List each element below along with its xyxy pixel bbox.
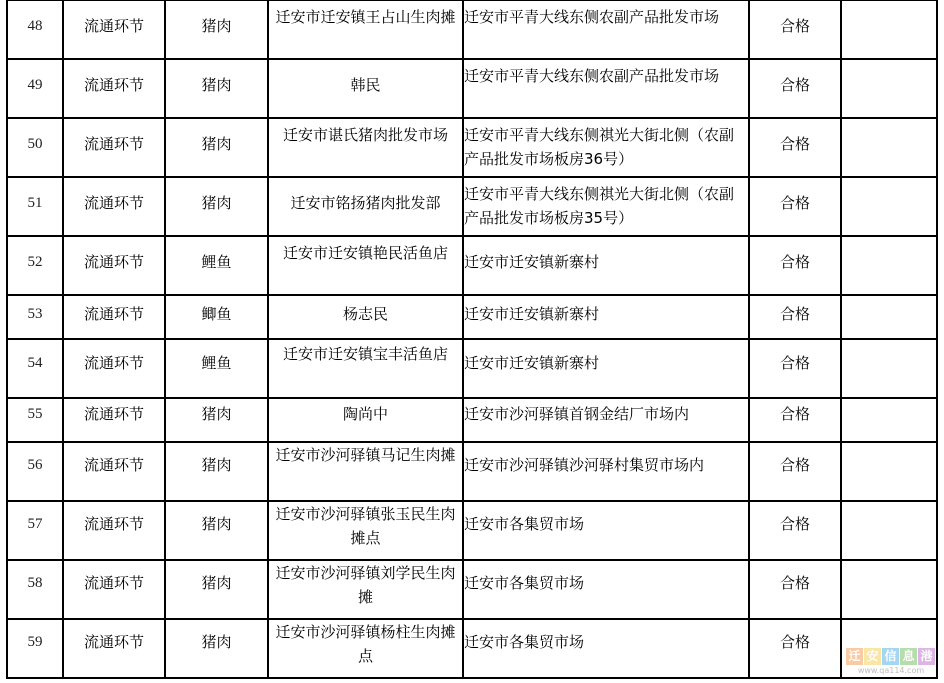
product-cell: 猪肉 <box>165 619 268 678</box>
address-cell: 迁安市各集贸市场 <box>463 619 749 678</box>
watermark-char: 信 <box>882 648 899 665</box>
result-cell: 合格 <box>749 295 841 339</box>
result-cell: 合格 <box>749 177 841 236</box>
stage-cell: 流通环节 <box>63 442 165 501</box>
product-cell: 猪肉 <box>165 118 268 177</box>
row-number-cell: 50 <box>7 118 63 177</box>
address-cell: 迁安市沙河驿镇首钢金结厂市场内 <box>463 398 749 442</box>
vendor-name-cell: 迁安市谌氏猪肉批发市场 <box>268 118 463 177</box>
table-row: 59 流通环节 猪肉 迁安市沙河驿镇杨柱生肉摊点 迁安市各集贸市场 合格 <box>7 619 937 678</box>
row-number-cell: 59 <box>7 619 63 678</box>
product-cell: 猪肉 <box>165 501 268 560</box>
note-cell <box>841 339 937 398</box>
row-number-cell: 54 <box>7 339 63 398</box>
row-number-cell: 53 <box>7 295 63 339</box>
result-cell: 合格 <box>749 560 841 619</box>
watermark-char: 港 <box>918 648 935 665</box>
note-cell <box>841 59 937 118</box>
row-number-cell: 55 <box>7 398 63 442</box>
note-cell <box>841 398 937 442</box>
vendor-name-cell: 迁安市迁安镇艳民活鱼店 <box>268 236 463 295</box>
note-cell <box>841 177 937 236</box>
row-number-cell: 57 <box>7 501 63 560</box>
vendor-name-cell: 迁安市沙河驿镇杨柱生肉摊点 <box>268 619 463 678</box>
result-cell: 合格 <box>749 501 841 560</box>
row-number-cell: 49 <box>7 59 63 118</box>
product-cell: 猪肉 <box>165 560 268 619</box>
stage-cell: 流通环节 <box>63 118 165 177</box>
result-cell: 合格 <box>749 442 841 501</box>
row-number-cell: 48 <box>7 0 63 59</box>
product-cell: 鲤鱼 <box>165 236 268 295</box>
result-cell: 合格 <box>749 398 841 442</box>
watermark-url: www.qa114.com <box>846 666 936 675</box>
stage-cell: 流通环节 <box>63 177 165 236</box>
address-cell: 迁安市各集贸市场 <box>463 560 749 619</box>
stage-cell: 流通环节 <box>63 59 165 118</box>
table-row: 48 流通环节 猪肉 迁安市迁安镇王占山生肉摊 迁安市平青大线东侧农副产品批发市… <box>7 0 937 59</box>
vendor-name-cell: 迁安市迁安镇宝丰活鱼店 <box>268 339 463 398</box>
stage-cell: 流通环节 <box>63 619 165 678</box>
row-number-cell: 52 <box>7 236 63 295</box>
inspection-results-table: 48 流通环节 猪肉 迁安市迁安镇王占山生肉摊 迁安市平青大线东侧农副产品批发市… <box>6 0 938 679</box>
watermark-char: 安 <box>864 648 881 665</box>
address-cell: 迁安市各集贸市场 <box>463 501 749 560</box>
note-cell <box>841 442 937 501</box>
stage-cell: 流通环节 <box>63 501 165 560</box>
vendor-name-cell: 迁安市迁安镇王占山生肉摊 <box>268 0 463 59</box>
vendor-name-cell: 韩民 <box>268 59 463 118</box>
address-cell: 迁安市平青大线东侧祺光大街北侧（农副产品批发市场板房35号） <box>463 177 749 236</box>
table-row: 49 流通环节 猪肉 韩民 迁安市平青大线东侧农副产品批发市场 合格 <box>7 59 937 118</box>
product-cell: 鲤鱼 <box>165 339 268 398</box>
vendor-name-cell: 杨志民 <box>268 295 463 339</box>
note-cell <box>841 501 937 560</box>
table-row: 51 流通环节 猪肉 迁安市铭扬猪肉批发部 迁安市平青大线东侧祺光大街北侧（农副… <box>7 177 937 236</box>
note-cell <box>841 295 937 339</box>
address-cell: 迁安市平青大线东侧农副产品批发市场 <box>463 59 749 118</box>
result-cell: 合格 <box>749 236 841 295</box>
table-row: 52 流通环节 鲤鱼 迁安市迁安镇艳民活鱼店 迁安市迁安镇新寨村 合格 <box>7 236 937 295</box>
table-row: 50 流通环节 猪肉 迁安市谌氏猪肉批发市场 迁安市平青大线东侧祺光大街北侧（农… <box>7 118 937 177</box>
vendor-name-cell: 迁安市铭扬猪肉批发部 <box>268 177 463 236</box>
stage-cell: 流通环节 <box>63 295 165 339</box>
note-cell <box>841 560 937 619</box>
product-cell: 猪肉 <box>165 59 268 118</box>
table-row: 58 流通环节 猪肉 迁安市沙河驿镇刘学民生肉摊 迁安市各集贸市场 合格 <box>7 560 937 619</box>
result-cell: 合格 <box>749 59 841 118</box>
result-cell: 合格 <box>749 339 841 398</box>
table-row: 55 流通环节 猪肉 陶尚中 迁安市沙河驿镇首钢金结厂市场内 合格 <box>7 398 937 442</box>
address-cell: 迁安市迁安镇新寨村 <box>463 236 749 295</box>
note-cell <box>841 0 937 59</box>
result-cell: 合格 <box>749 118 841 177</box>
table-row: 56 流通环节 猪肉 迁安市沙河驿镇马记生肉摊 迁安市沙河驿镇沙河驿村集贸市场内… <box>7 442 937 501</box>
result-cell: 合格 <box>749 0 841 59</box>
product-cell: 猪肉 <box>165 177 268 236</box>
row-number-cell: 51 <box>7 177 63 236</box>
note-cell <box>841 236 937 295</box>
site-watermark: 迁 安 信 息 港 www.qa114.com <box>846 648 936 680</box>
vendor-name-cell: 迁安市沙河驿镇马记生肉摊 <box>268 442 463 501</box>
stage-cell: 流通环节 <box>63 0 165 59</box>
stage-cell: 流通环节 <box>63 560 165 619</box>
vendor-name-cell: 陶尚中 <box>268 398 463 442</box>
note-cell <box>841 118 937 177</box>
watermark-logo: 迁 安 信 息 港 <box>846 648 936 665</box>
product-cell: 猪肉 <box>165 0 268 59</box>
watermark-char: 迁 <box>846 648 863 665</box>
table-row: 53 流通环节 鲫鱼 杨志民 迁安市迁安镇新寨村 合格 <box>7 295 937 339</box>
product-cell: 鲫鱼 <box>165 295 268 339</box>
vendor-name-cell: 迁安市沙河驿镇张玉民生肉摊点 <box>268 501 463 560</box>
table-row: 54 流通环节 鲤鱼 迁安市迁安镇宝丰活鱼店 迁安市迁安镇新寨村 合格 <box>7 339 937 398</box>
address-cell: 迁安市平青大线东侧祺光大街北侧（农副产品批发市场板房36号） <box>463 118 749 177</box>
watermark-char: 息 <box>900 648 917 665</box>
table-row: 57 流通环节 猪肉 迁安市沙河驿镇张玉民生肉摊点 迁安市各集贸市场 合格 <box>7 501 937 560</box>
address-cell: 迁安市迁安镇新寨村 <box>463 295 749 339</box>
product-cell: 猪肉 <box>165 398 268 442</box>
product-cell: 猪肉 <box>165 442 268 501</box>
result-cell: 合格 <box>749 619 841 678</box>
inspection-results-sheet: 48 流通环节 猪肉 迁安市迁安镇王占山生肉摊 迁安市平青大线东侧农副产品批发市… <box>6 0 938 679</box>
row-number-cell: 56 <box>7 442 63 501</box>
vendor-name-cell: 迁安市沙河驿镇刘学民生肉摊 <box>268 560 463 619</box>
address-cell: 迁安市沙河驿镇沙河驿村集贸市场内 <box>463 442 749 501</box>
row-number-cell: 58 <box>7 560 63 619</box>
address-cell: 迁安市平青大线东侧农副产品批发市场 <box>463 0 749 59</box>
stage-cell: 流通环节 <box>63 339 165 398</box>
address-cell: 迁安市迁安镇新寨村 <box>463 339 749 398</box>
stage-cell: 流通环节 <box>63 236 165 295</box>
stage-cell: 流通环节 <box>63 398 165 442</box>
